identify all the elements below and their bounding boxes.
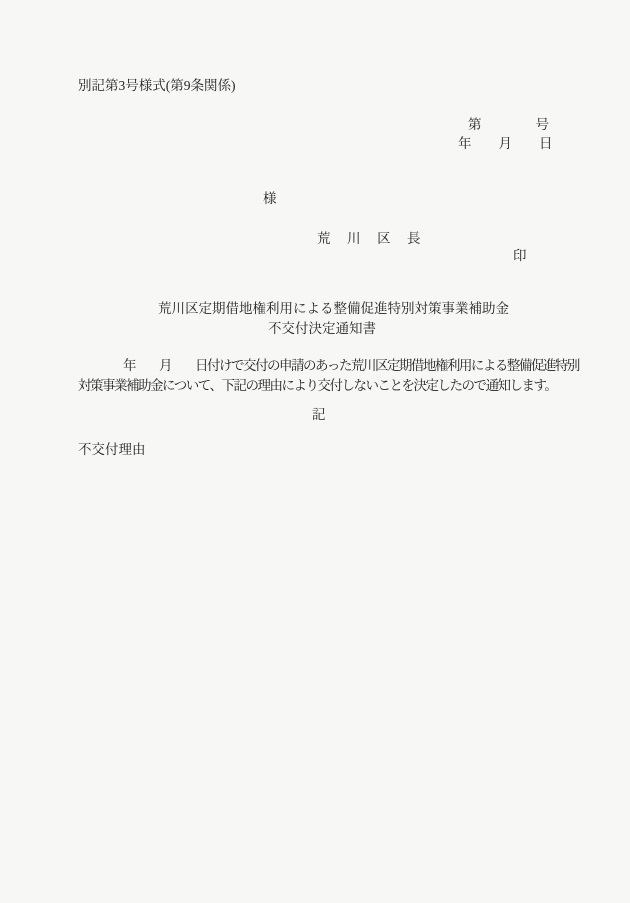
document-number-line: 第 号 — [468, 118, 549, 132]
document-page: 別記第3号様式(第9条関係) 第 号 年 月 日 様 荒 川 区 長 印 荒川区… — [0, 0, 630, 903]
non-grant-reason-label: 不交付理由 — [78, 443, 146, 457]
form-number-label: 別記第3号様式(第9条関係) — [78, 79, 236, 93]
document-title-line2: 不交付決定通知書 — [268, 322, 376, 336]
addressee-honorific: 様 — [263, 192, 277, 206]
document-title-line1: 荒川区定期借地権利用による整備促進特別対策事業補助金 — [158, 302, 509, 316]
body-paragraph-line2: 対策事業補助金について、下記の理由により交付しないことを決定したので通知します。 — [78, 379, 556, 393]
issue-date-line: 年 月 日 — [458, 137, 553, 151]
body-paragraph-line1: 年 月 日付けで交付の申請のあった荒川区定期借地権利用による整備促進特別 — [123, 359, 579, 373]
record-marker: 記 — [312, 408, 326, 422]
seal-placeholder: 印 — [513, 249, 527, 263]
sender-mayor-title: 荒 川 区 長 — [317, 232, 422, 246]
